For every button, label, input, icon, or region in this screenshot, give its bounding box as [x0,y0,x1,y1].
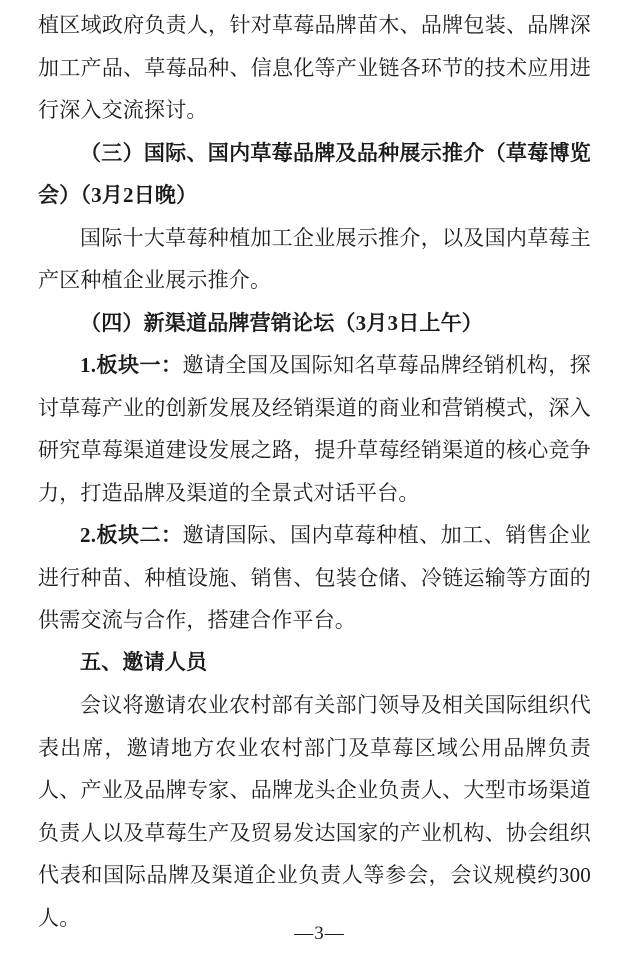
block-1-label: 1.板块一： [80,353,183,377]
page-number: —3— [0,923,639,945]
document-page: 植区域政府负责人，针对草莓品牌苗木、品牌包装、品牌深加工产品、草莓品种、信息化等… [0,0,639,957]
section-5-heading: 五、邀请人员 [38,642,591,685]
section-3-heading: （三）国际、国内草莓品牌及品种展示推介（草莓博览会）（3月2日晚） [38,132,591,217]
section-5-paragraph: 会议将邀请农业农村部有关部门领导及相关国际组织代表出席，邀请地方农业农村部门及草… [38,684,591,939]
paragraph-continuation: 植区域政府负责人，针对草莓品牌苗木、品牌包装、品牌深加工产品、草莓品种、信息化等… [38,4,591,132]
block-2-paragraph: 2.板块二：邀请国际、国内草莓种植、加工、销售企业进行种苗、种植设施、销售、包装… [38,514,591,642]
block-2-label: 2.板块二： [80,523,183,547]
section-3-paragraph: 国际十大草莓种植加工企业展示推介，以及国内草莓主产区种植企业展示推介。 [38,217,591,302]
section-4-heading: （四）新渠道品牌营销论坛（3月3日上午） [38,302,591,345]
block-1-paragraph: 1.板块一：邀请全国及国际知名草莓品牌经销机构，探讨草莓产业的创新发展及经销渠道… [38,344,591,514]
